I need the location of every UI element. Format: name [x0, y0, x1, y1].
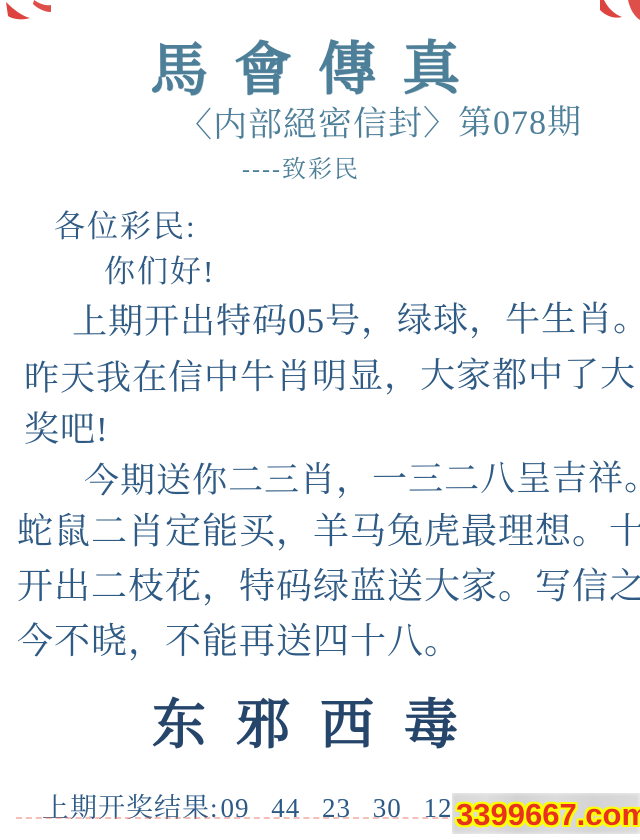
greeting: 你们好! — [104, 246, 215, 291]
body-line: 昨天我在信中牛肖明显，大家都中了大 — [24, 347, 636, 401]
body-line: 蛇鼠二肖定能买，羊马兔虎最理想。十八 — [17, 503, 640, 554]
body-line: 今不晓，不能再送四十八。 — [17, 613, 461, 664]
salutation: 各位彩民: — [54, 201, 197, 246]
red-corner-mark-right — [594, 0, 640, 32]
red-corner-mark-left — [0, 0, 52, 30]
body-line: 奖吧! — [24, 402, 109, 452]
body-line: 今期送你二三肖，一三二八呈吉祥。 — [84, 450, 640, 503]
dedication-line: ----致彩民 — [242, 149, 360, 184]
body-line: 上期开出特码05号，绿球，牛生肖。 — [72, 291, 640, 344]
tip-headline-text: 东邪西毒 — [152, 695, 488, 755]
scan-fold-line — [16, 817, 468, 819]
watermark-text: 3399667.com — [456, 797, 640, 833]
page-subtitle: 〈内部絕密信封〉第078期 — [178, 94, 582, 147]
body-line: 开出二枝花，特码绿蓝送大家。写信之人 — [17, 558, 640, 609]
page-title: 馬會傳真 — [150, 21, 487, 107]
tip-headline: 东邪西毒 — [0, 682, 640, 759]
fax-sheet: { "page": { "title": "馬會傳真", "subtitle":… — [0, 0, 640, 840]
